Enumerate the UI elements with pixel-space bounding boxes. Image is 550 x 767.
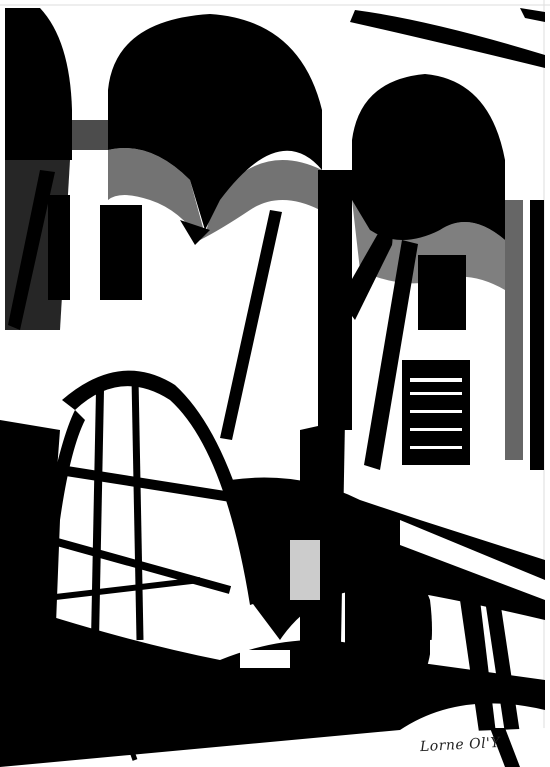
window-right: [418, 255, 466, 330]
artwork-print: [0, 0, 550, 767]
shuttered-door: [402, 360, 470, 465]
window-left: [100, 205, 142, 300]
